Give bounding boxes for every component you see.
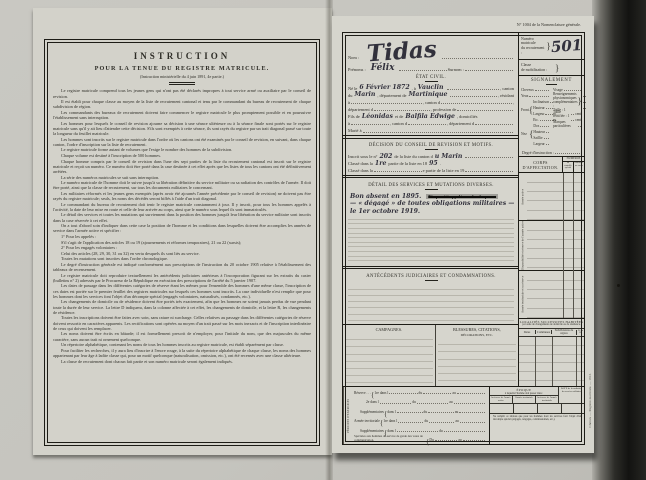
- blank-line: [363, 131, 513, 133]
- brace-glyph: }: [555, 63, 559, 73]
- antecedents-ruled-lines: [348, 283, 514, 324]
- au-label: au: [449, 400, 452, 404]
- book-spine-shadow: [592, 0, 646, 480]
- ink-speck: [617, 284, 620, 287]
- blank-line: [583, 107, 586, 109]
- blank-line: [540, 125, 549, 127]
- du-label: du: [424, 419, 428, 423]
- print-label: Marié à: [348, 128, 362, 133]
- nez-saillie-label: Saillie: [533, 136, 542, 140]
- periodes-block: PÉRIODES D'EXERCICES Réserve . . . { 1re…: [343, 387, 490, 444]
- instruction-title: INSTRUCTION: [53, 51, 311, 61]
- disponibilite-reserve-label: Disponibilité et réserve de l'armée acti…: [519, 221, 527, 270]
- instruction-frame: INSTRUCTION POUR LA TENUE DU REGISTRE MA…: [44, 39, 320, 446]
- nez-group: Nez { Dos Hauteur Saillie Largeur: [521, 122, 550, 146]
- blank-line: [583, 101, 586, 103]
- name-value-handwritten: Tidas: [366, 40, 437, 66]
- form-left-column: Nom : Tidas Prénoms : Félix Surnom : ÉTA…: [343, 33, 519, 386]
- matricule-value-handwritten: 501: [550, 37, 582, 54]
- du-label: du: [412, 400, 416, 404]
- periode-2e-label: 2e dans l: [366, 400, 379, 404]
- blank-line: [457, 392, 485, 394]
- services-handwritten-line: Bon absent en 1895. N'a pas été appelé s…: [348, 191, 514, 199]
- nez-label: Nez: [521, 132, 529, 136]
- blank-line: [460, 421, 485, 423]
- front-label: Front: [521, 108, 529, 112]
- column-rule: [552, 337, 553, 386]
- localites-header-row: Dates Communes Subdivisions de région D.…: [519, 328, 584, 337]
- matricule-label-line1: Numéro matricule: [521, 37, 536, 46]
- blank-line: [417, 402, 448, 404]
- localites-body: [519, 337, 584, 386]
- signalement-title: SIGNALEMENT: [519, 78, 584, 83]
- cheveux-label: Cheveux: [521, 88, 534, 92]
- instruction-paragraph: Chaque volume est destiné à l'inscriptio…: [53, 153, 311, 158]
- matricule-label: Numéro matricule du recrutement :: [521, 37, 546, 56]
- classe-label: Classe de mobilisation :: [521, 63, 555, 72]
- supplementaires-label: Supplémentaires: [360, 410, 384, 414]
- blank-line: [578, 125, 581, 127]
- etat-civil-line: Marié à: [348, 126, 514, 133]
- etat-civil-line: à , canton d , département d: [348, 119, 514, 126]
- numeros-sub1-label: au contrôle spécial: [563, 162, 573, 172]
- front-hauteur-label: Hauteur: [533, 106, 545, 110]
- signalement-left-column: Cheveux Yeux Front { Inclinaison Hauteur…: [521, 86, 550, 146]
- epoque-table: ÉPOQUE à laquelle l'homme doit passer da…: [490, 387, 584, 444]
- blank-line: [544, 137, 549, 139]
- column-rule: [563, 173, 564, 318]
- armee-active-label: Armée active: [519, 173, 527, 220]
- epoque-header: ÉPOQUE à laquelle l'homme doit passer da…: [490, 387, 584, 404]
- marques-label: Marques particulières: [553, 120, 577, 128]
- services-handwritten-line: — « dégagé » de toutes obligations milit…: [348, 199, 514, 207]
- au-label: au: [452, 391, 455, 395]
- blank-line: [545, 113, 553, 115]
- instruction-note: (Instruction ministérielle du 4 juin 189…: [53, 74, 311, 79]
- campagnes-ruled-lines: [345, 333, 433, 386]
- services-title: DÉTAIL DES SERVICES ET MUTATIONS DIVERSE…: [348, 183, 514, 188]
- firstname-label: Prénoms :: [348, 67, 366, 72]
- territoriale-column: l'armée territoriale: [512, 396, 535, 403]
- corps-table-body: Armée active Disponibilité et réserve de…: [519, 173, 584, 318]
- blank-line: [463, 439, 485, 441]
- blank-line: [389, 392, 417, 394]
- column-rule: [573, 173, 574, 318]
- instruction-paragraph: Les hommes pour lesquels le conseil de r…: [53, 121, 311, 137]
- blessures-ruled-lines: [438, 338, 516, 386]
- dates-column-header: Dates: [519, 330, 535, 334]
- services-ruled-lines: [348, 215, 514, 264]
- blank-line: [429, 421, 454, 423]
- section-rule: [425, 280, 438, 281]
- degre-instruction-row: Degré d'instruction :: [519, 146, 584, 156]
- periode-row: Supplémentaires { dans l du au: [354, 408, 486, 414]
- au-label: au: [455, 419, 458, 423]
- etat-civil-line: Né le 6 Février 1872 , à Vauclin , canto…: [348, 84, 514, 91]
- surname-label: Surnom :: [448, 67, 464, 72]
- periode-row: Réserve . . . { 1re dans l du au: [354, 389, 486, 395]
- periodes-rows: Réserve . . . { 1re dans l du au 2e dans…: [352, 387, 489, 444]
- matricule-form: Nom : Tidas Prénoms : Félix Surnom : ÉTA…: [342, 32, 585, 445]
- blank-line: [546, 131, 549, 133]
- dans-label: dans l: [387, 429, 395, 433]
- mobilisation-class-box: Classe de mobilisation : }: [519, 60, 584, 76]
- blank-line: [374, 170, 422, 172]
- corps-table-header: CORPS D'AFFECTATION. NUMÉROS au contrôle…: [519, 157, 584, 173]
- column-rule: [535, 337, 536, 386]
- d-ou-r-column-header: D. ou R.: [576, 330, 584, 334]
- epoque-note: Ne remplir ce tableau que pour les homme…: [490, 414, 584, 444]
- blank-line: [546, 107, 553, 109]
- blank-line: [465, 170, 513, 172]
- instruction-paragraph: La classe de recrutement dont chacun fai…: [53, 359, 311, 364]
- etat-civil-line: Fils de Léonidas et de Balfila Edwige , …: [348, 112, 514, 119]
- front-group: Front { Inclinaison Hauteur Largeur Etc.: [521, 98, 550, 122]
- blank-line: [397, 411, 423, 413]
- instruction-paragraph: Pour faciliter les recherches, il y aura…: [53, 348, 311, 358]
- instruction-paragraph: Il est établi pour chaque classe au moye…: [53, 99, 311, 109]
- form-main: Nom : Tidas Prénoms : Félix Surnom : ÉTA…: [343, 33, 584, 386]
- section-rule: [425, 189, 438, 190]
- blank-line: [583, 95, 586, 97]
- ruled-rows: [527, 221, 584, 268]
- numeros-sub2-label: matricule au corps: [573, 162, 584, 172]
- instruction-paragraph: Le registre matricule comprend tous les …: [53, 88, 311, 98]
- etat-civil-line: du Marin , département de Martinique , r…: [348, 91, 514, 98]
- instruction-paragraph: Le degré d'instruction générale est indi…: [53, 262, 311, 272]
- instruction-paragraph: La série des numéros matricules se suit …: [53, 175, 311, 180]
- blank-line: [435, 439, 457, 441]
- left-page: INSTRUCTION POUR LA TENUE DU REGISTRE MA…: [33, 8, 332, 455]
- du-label: du: [424, 410, 428, 414]
- etat-civil-title: ÉTAT CIVIL.: [348, 75, 514, 80]
- decision-title: DÉCISION DU CONSEIL DE REVISION ET MOTIF…: [348, 143, 514, 148]
- print-label: e partie de la liste en 19: [423, 168, 465, 173]
- blank-line: [459, 411, 485, 413]
- matricule-label-line2: du recrutement :: [521, 46, 544, 55]
- instruction-paragraph: Les commandants des bureaux de recruteme…: [53, 110, 311, 120]
- nez-hauteur-label: Hauteur: [533, 130, 545, 134]
- date-radiation-column: DATE de la radiation du service militair…: [559, 387, 584, 403]
- corps-affectation-table: CORPS D'AFFECTATION. NUMÉROS au contrôle…: [519, 156, 584, 318]
- blank-line: [397, 430, 438, 432]
- disponibilite-reserve-group: Disponibilité et réserve de l'armée acti…: [519, 221, 584, 271]
- periode-row: 2e dans l du au: [354, 398, 486, 404]
- decision-line: Inscrit sous le n° 202 de la liste du ca…: [348, 152, 514, 159]
- signalement-body: Cheveux Yeux Front { Inclinaison Hauteur…: [519, 86, 584, 146]
- speciales-label: Spéciales aux hommes du service de garde…: [354, 435, 426, 441]
- instruction-body: Le registre matricule comprend tous les …: [53, 88, 311, 441]
- instruction-paragraph: Un répertoire alphabétique, contenant le…: [53, 342, 311, 347]
- blank-line: [399, 69, 447, 71]
- instruction-paragraph: Le registre matricule doit reproduire te…: [53, 273, 311, 283]
- au-label: au: [458, 438, 461, 442]
- localites-table: LOCALITÉS SUCCESSIVES HABITÉES par suite…: [519, 318, 584, 386]
- right-page: N° 1004 de la Nomenclature générale. Ché…: [332, 16, 594, 453]
- au-label: au: [455, 410, 458, 414]
- ruled-rows: [527, 173, 584, 220]
- etat-civil-line: à , canton d ,: [348, 98, 514, 105]
- bottom-block: PÉRIODES D'EXERCICES Réserve . . . { 1re…: [343, 386, 584, 444]
- periode-row: Spéciales aux hommes du service de garde…: [354, 436, 486, 442]
- instruction-paragraph: Les dates de passage dans les différente…: [53, 283, 311, 299]
- antecedents-title: ANTÉCÉDENTS JUDICIAIRES ET CONDAMNATIONS…: [348, 274, 514, 279]
- form-right-column: Numéro matricule du recrutement : } 501 …: [519, 33, 584, 386]
- reserve-territoriale-column: la réserve de l'armée territoriale: [535, 396, 558, 403]
- blank-line: [423, 392, 451, 394]
- section-divider: [343, 175, 518, 179]
- epoque-empty-row: [490, 404, 584, 414]
- blank-line: [398, 421, 423, 423]
- instruction-paragraph: Toutes les inscriptions doivent être fai…: [53, 315, 311, 331]
- instruction-paragraph: 2° Pour les engagés volontaires :: [53, 245, 311, 250]
- section-rule: [425, 81, 438, 82]
- print-label: Classé dans la: [348, 168, 373, 173]
- du-label: du: [419, 391, 423, 395]
- blank-line: [454, 402, 485, 404]
- blank-line: [444, 430, 485, 432]
- front-largeur-label: Largeur: [533, 112, 544, 116]
- blessures-header: BLESSURES, CITATIONS, DÉCORATIONS, ETC.: [438, 325, 516, 337]
- blessures-header-line2: DÉCORATIONS, ETC.: [461, 333, 494, 337]
- campagnes-column: CAMPAGNES.: [343, 325, 435, 386]
- blessures-header-line1: BLESSURES, CITATIONS,: [453, 327, 501, 332]
- section-rule: [546, 84, 557, 85]
- armee-territoriale-label: Armée territoriale et sa réserve: [519, 271, 527, 318]
- blank-line: [535, 89, 549, 91]
- armee-territoriale-label: Armée territoriale: [354, 419, 380, 423]
- section-rule: [425, 149, 438, 150]
- du-label: du: [439, 429, 443, 433]
- blank-line: [564, 89, 581, 91]
- reserve-active-column: la réserve de l'armée active: [490, 396, 512, 403]
- blessures-column: BLESSURES, CITATIONS, DÉCORATIONS, ETC.: [435, 325, 518, 386]
- du-label: Du: [429, 438, 433, 442]
- subdivisions-column-header: Subdivisions de région: [552, 329, 576, 336]
- periodes-side-label: PÉRIODES D'EXERCICES: [343, 387, 352, 444]
- scanned-register-page: INSTRUCTION POUR LA TENUE DU REGISTRE MA…: [0, 0, 646, 480]
- instruction-paragraph: On a tout d'abord soin d'indiquer dans c…: [53, 223, 311, 233]
- blank-line: [555, 152, 580, 154]
- instruction-paragraph: Les hommes sont inscrits sur le registre…: [53, 137, 311, 147]
- decision-line: Classé dans la 1re partie de la liste en…: [348, 159, 514, 166]
- nez-dos-label: Dos: [533, 124, 539, 128]
- signalement-right-column: Visage Renseignements physionomiques com…: [553, 86, 582, 146]
- instruction-paragraph: S'il s'agit de l'application des article…: [53, 240, 311, 245]
- periode-row: Supplémentaires { dans l du: [354, 427, 486, 433]
- instruction-paragraph: Chaque homme compris par le conseil de r…: [53, 159, 311, 175]
- reserve-label: Réserve . . .: [354, 391, 371, 395]
- etat-civil-line: département d , profession de: [348, 105, 514, 112]
- blank-line: [380, 402, 411, 404]
- blank-line: [571, 113, 574, 115]
- blank-line: [428, 411, 454, 413]
- printer-imprint: Chéron. — Registre matricule. — 1912.: [588, 373, 592, 427]
- instruction-subtitle: POUR LA TENUE DU REGISTRE MATRICULE.: [53, 65, 311, 72]
- renseignements-label: Renseignements physionomiques complément…: [553, 93, 578, 109]
- periode-1re-label: 1re dans l: [374, 391, 388, 395]
- section-divider: [343, 135, 518, 139]
- matricule-number-box: Numéro matricule du recrutement : } 501: [519, 33, 584, 60]
- communes-column-header: Communes: [535, 330, 552, 334]
- blank-line: [465, 69, 513, 71]
- classe-label-line2: de mobilisation :: [521, 68, 547, 72]
- column-rule: [576, 337, 577, 386]
- handwritten-value: le 1er octobre 1919.: [350, 209, 420, 214]
- campagnes-blessures-block: CAMPAGNES. BLESSURES, CITATIONS, DÉCORAT…: [343, 324, 518, 386]
- localites-subtitle: par suite de changements de domicile ou …: [519, 324, 584, 327]
- campagnes-header: CAMPAGNES.: [345, 325, 433, 332]
- supplementaires-label: Supplémentaires: [360, 429, 384, 433]
- instruction-paragraph: Le détail des services et toutes les mut…: [53, 212, 311, 222]
- epoque-columns: la réserve de l'armée active l'armée ter…: [490, 395, 558, 403]
- periode-1re-label: 1re dans l: [383, 419, 397, 423]
- armee-territoriale-group: Armée territoriale et sa réserve: [519, 271, 584, 318]
- title-rule: [169, 82, 195, 85]
- ruled-rows: [527, 271, 584, 318]
- services-handwritten-line: le 1er octobre 1919.: [348, 206, 514, 214]
- armee-active-group: Armée active: [519, 173, 584, 221]
- instruction-paragraph: Les militaires réformés et les jeunes ge…: [53, 191, 311, 201]
- instruction-paragraph: Toutes les mutations sont inscrites dans…: [53, 256, 311, 261]
- corps-title: CORPS D'AFFECTATION.: [519, 157, 562, 172]
- numeros-header: NUMÉROS au contrôle spécial matricule au…: [562, 157, 584, 172]
- periode-row: Armée territoriale { 1re dans l du au: [354, 417, 486, 423]
- instruction-paragraph: Le commandant du bureau de recrutement d…: [53, 202, 311, 212]
- name-row: Nom : Tidas: [348, 35, 514, 60]
- instruction-paragraph: Le numéro matricule de l'homme doit le s…: [53, 180, 311, 190]
- instruction-paragraph: Les noms doivent être écrits en bâtarde;…: [53, 331, 311, 341]
- epoque-header-left: ÉPOQUE à laquelle l'homme doit passer da…: [490, 387, 559, 403]
- instruction-paragraph: Le registre matricule forme autant de vo…: [53, 147, 311, 152]
- front-inclinaison-label: Inclinaison: [533, 100, 549, 104]
- instruction-paragraph: Les changements de domicile ou de réside…: [53, 299, 311, 315]
- dans-label: dans l: [387, 410, 395, 414]
- classe-label-line1: Classe: [521, 63, 531, 67]
- yeux-label: Yeux: [521, 94, 528, 98]
- cent-label: cent.: [575, 112, 582, 116]
- decision-line: Classé dans la e partie de la liste en 1…: [348, 166, 514, 173]
- degre-label: Degré d'instruction :: [522, 151, 554, 155]
- instruction-paragraph: Celui des articles (28, 29, 30, 31 ou 32…: [53, 251, 311, 256]
- instruction-paragraph: 1° Pour les appelés :: [53, 234, 311, 239]
- instruction-content: INSTRUCTION POUR LA TENUE DU REGISTRE MA…: [53, 44, 311, 441]
- section-divider: [343, 266, 518, 270]
- nomenclature-note: N° 1004 de la Nomenclature générale.: [517, 22, 581, 27]
